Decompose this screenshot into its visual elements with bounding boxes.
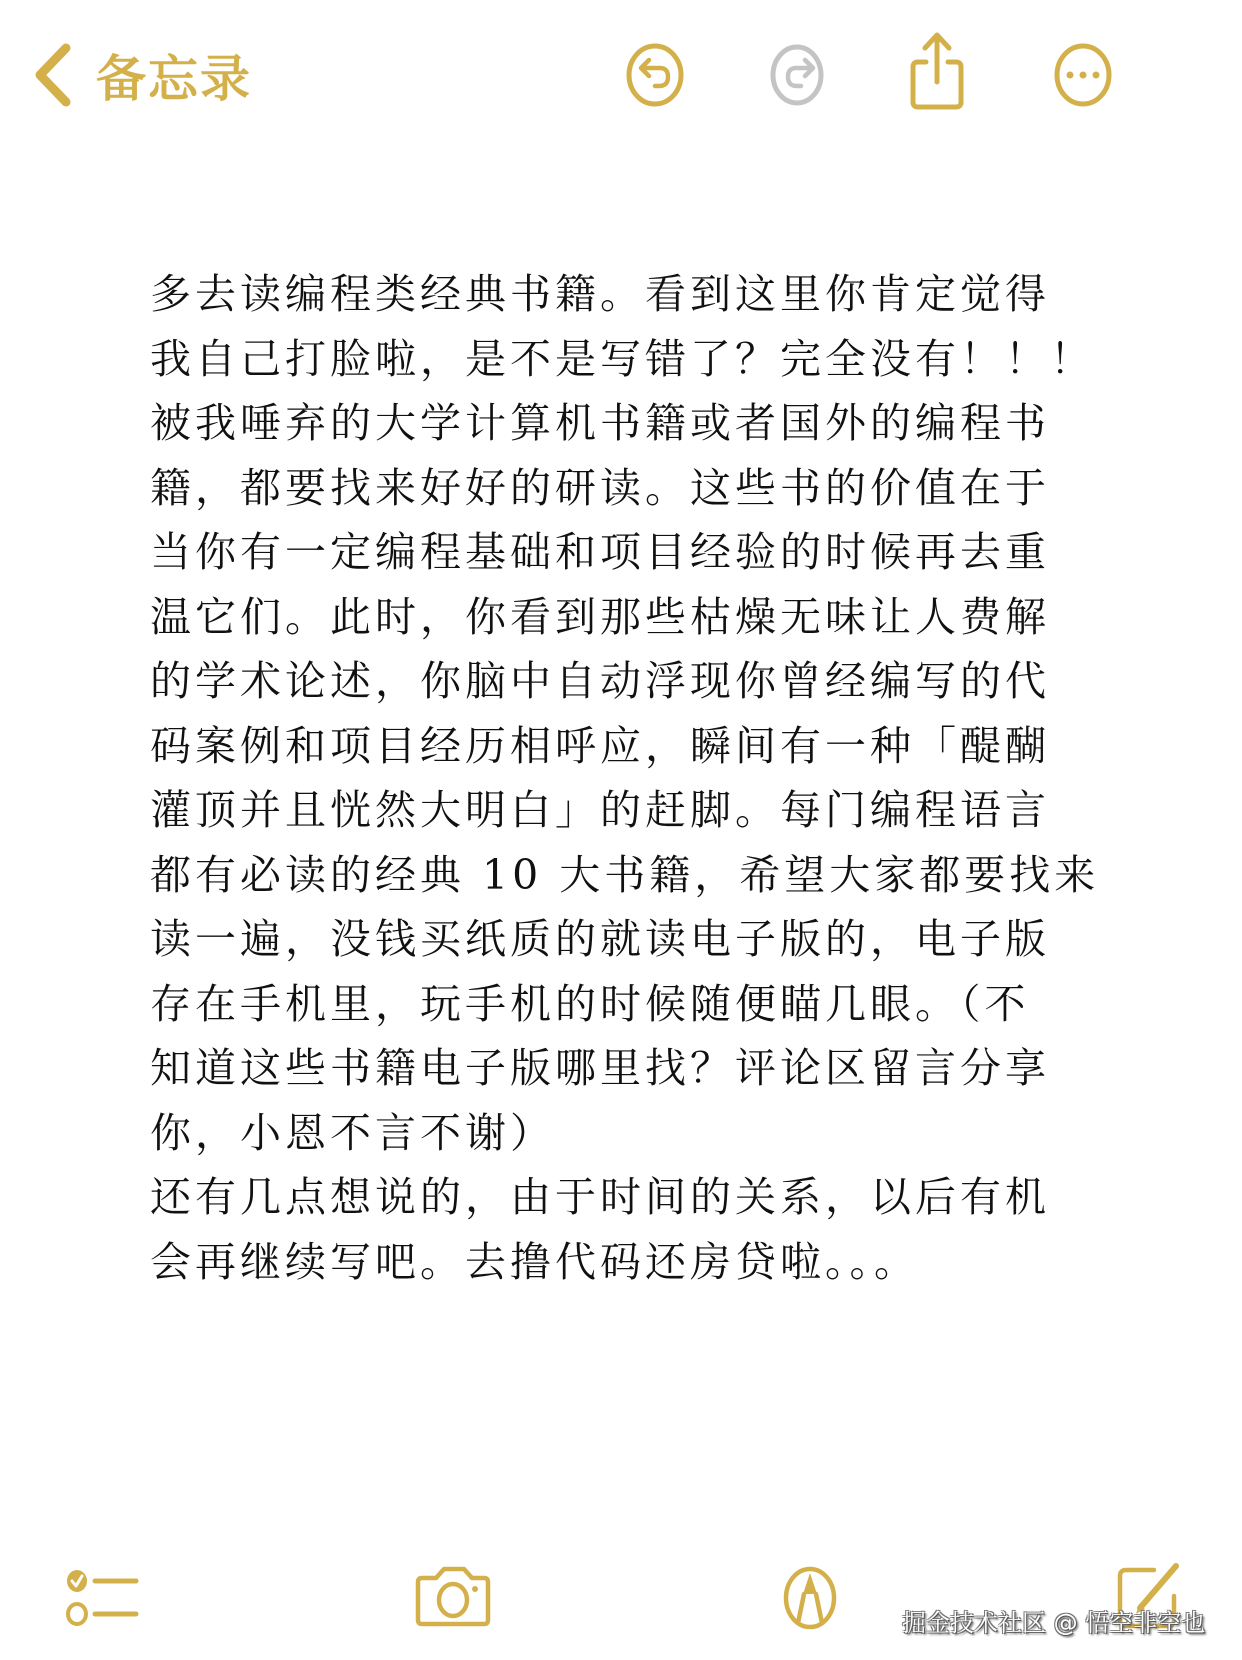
checklist-icon xyxy=(55,1560,145,1640)
note-line: 还有几点想说的，由于时间的关系，以后有机 xyxy=(150,1165,1090,1230)
note-line: 读一遍，没钱买纸质的就读电子版的，电子版 xyxy=(150,907,1090,972)
top-nav-bar: 备忘录 xyxy=(0,0,1242,150)
redo-icon xyxy=(760,38,834,112)
compose-icon xyxy=(1110,1560,1190,1640)
note-line: 都有必读的经典 10 大书籍，希望大家都要找来 xyxy=(150,843,1090,908)
back-button[interactable]: 备忘录 xyxy=(30,40,252,110)
camera-icon xyxy=(408,1560,498,1640)
note-line: 当你有一定编程基础和项目经验的时候再去重 xyxy=(150,520,1090,585)
chevron-left-icon xyxy=(30,40,78,110)
note-line: 我自己打脸啦，是不是写错了？完全没有！！！ xyxy=(150,327,1090,392)
note-line: 码案例和项目经历相呼应，瞬间有一种「醍醐 xyxy=(150,714,1090,779)
note-line: 会再继续写吧。去撸代码还房贷啦。。。 xyxy=(150,1230,1090,1295)
note-line: 多去读编程类经典书籍。看到这里你肯定觉得 xyxy=(150,262,1090,327)
markup-button[interactable] xyxy=(770,1560,850,1640)
note-line: 存在手机里，玩手机的时候随便瞄几眼。（不 xyxy=(150,972,1090,1037)
camera-button[interactable] xyxy=(408,1560,498,1640)
share-button[interactable] xyxy=(900,28,974,112)
redo-button[interactable] xyxy=(760,38,834,112)
markup-pen-icon xyxy=(770,1560,850,1640)
note-line: 灌顶并且恍然大明白」的赶脚。每门编程语言 xyxy=(150,778,1090,843)
more-button[interactable] xyxy=(1046,38,1120,112)
bottom-toolbar xyxy=(0,1560,1242,1660)
checklist-button[interactable] xyxy=(55,1560,145,1640)
note-line: 温它们。此时，你看到那些枯燥无味让人费解 xyxy=(150,585,1090,650)
more-icon xyxy=(1046,38,1120,112)
note-line: 的学术论述，你脑中自动浮现你曾经编写的代 xyxy=(150,649,1090,714)
undo-button[interactable] xyxy=(618,38,692,112)
note-line: 被我唾弃的大学计算机书籍或者国外的编程书 xyxy=(150,391,1090,456)
note-line: 籍，都要找来好好的研读。这些书的价值在于 xyxy=(150,456,1090,521)
compose-button[interactable] xyxy=(1110,1560,1190,1640)
note-content[interactable]: 多去读编程类经典书籍。看到这里你肯定觉得 我自己打脸啦，是不是写错了？完全没有！… xyxy=(150,262,1090,1294)
note-line: 知道这些书籍电子版哪里找？评论区留言分享 xyxy=(150,1036,1090,1101)
back-label: 备忘录 xyxy=(96,39,252,111)
undo-icon xyxy=(618,38,692,112)
note-line: 你，小恩不言不谢） xyxy=(150,1101,1090,1166)
share-icon xyxy=(900,28,974,112)
